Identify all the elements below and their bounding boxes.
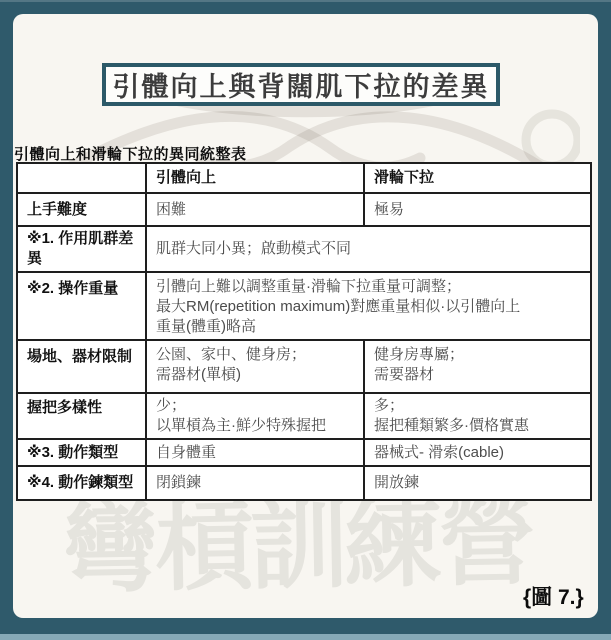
- cell-line: 健身房專屬；: [374, 345, 584, 365]
- infographic-page: { "page": { "title": "引體向上與背闊肌下拉的差異", "t…: [0, 0, 611, 640]
- cell-line: 少；: [156, 396, 357, 416]
- cell-span-value: 肌群大同小異；啟動模式不同: [146, 226, 591, 272]
- cell-pullup: 自身體重: [146, 439, 364, 466]
- header-pullup: 引體向上: [146, 163, 364, 193]
- row-label: 場地、器材限制: [17, 340, 146, 393]
- row-label: ※1. 作用肌群差異: [17, 226, 146, 272]
- cell-pulldown: 器械式- 滑索(cable): [364, 439, 591, 466]
- table-row: ※3. 動作類型 自身體重 器械式- 滑索(cable): [17, 439, 591, 466]
- title-box: 引體向上與背闊肌下拉的差異: [102, 63, 500, 106]
- table-header-row: 引體向上 滑輪下拉: [17, 163, 591, 193]
- table-row: ※1. 作用肌群差異 肌群大同小異；啟動模式不同: [17, 226, 591, 272]
- cell-pullup: 少； 以單槓為主·鮮少特殊握把: [146, 393, 364, 439]
- cell-pulldown: 開放鍊: [364, 466, 591, 500]
- cell-line: 需器材(單槓): [156, 365, 357, 385]
- cell-line: 引體向上難以調整重量·滑輪下拉重量可調整；: [156, 277, 584, 297]
- cell-pulldown: 健身房專屬； 需要器材: [364, 340, 591, 393]
- cell-line: 握把種類繁多·價格實惠: [374, 416, 584, 436]
- page-title: 引體向上與背闊肌下拉的差異: [113, 65, 490, 104]
- comparison-table: 引體向上 滑輪下拉 上手難度 困難 極易 ※1. 作用肌群差異 肌群大同小異；啟…: [16, 162, 592, 501]
- row-label: 握把多樣性: [17, 393, 146, 439]
- row-label: ※4. 動作鍊類型: [17, 466, 146, 500]
- table-row: 上手難度 困難 極易: [17, 193, 591, 226]
- table-row: 場地、器材限制 公園、家中、健身房； 需器材(單槓) 健身房專屬； 需要器材: [17, 340, 591, 393]
- table-row: 握把多樣性 少； 以單槓為主·鮮少特殊握把 多； 握把種類繁多·價格實惠: [17, 393, 591, 439]
- cell-pullup: 公園、家中、健身房； 需器材(單槓): [146, 340, 364, 393]
- row-label: ※2. 操作重量: [17, 272, 146, 340]
- table-row: ※4. 動作鍊類型 閉鎖鍊 開放鍊: [17, 466, 591, 500]
- cell-line: 以單槓為主·鮮少特殊握把: [156, 416, 357, 436]
- cell-line: 公園、家中、健身房；: [156, 345, 357, 365]
- watermark-text: 彎槓訓練營: [61, 488, 543, 606]
- cell-span-value: 引體向上難以調整重量·滑輪下拉重量可調整； 最大RM(repetition ma…: [146, 272, 591, 340]
- cell-pullup: 閉鎖鍊: [146, 466, 364, 500]
- header-pulldown: 滑輪下拉: [364, 163, 591, 193]
- frame-bottom-edge: [0, 634, 611, 640]
- cell-pullup: 困難: [146, 193, 364, 226]
- cell-pulldown: 多； 握把種類繁多·價格實惠: [364, 393, 591, 439]
- row-label: 上手難度: [17, 193, 146, 226]
- cell-pulldown: 極易: [364, 193, 591, 226]
- cell-line: 重量(體重)略高: [156, 317, 584, 337]
- frame-top-highlight: [0, 0, 611, 2]
- table-row: ※2. 操作重量 引體向上難以調整重量·滑輪下拉重量可調整； 最大RM(repe…: [17, 272, 591, 340]
- row-label: ※3. 動作類型: [17, 439, 146, 466]
- cell-line: 多；: [374, 396, 584, 416]
- figure-label: {圖 7.}: [523, 581, 584, 611]
- header-empty: [17, 163, 146, 193]
- cell-line: 需要器材: [374, 365, 584, 385]
- cell-line: 最大RM(repetition maximum)對應重量相似·以引體向上: [156, 297, 584, 317]
- table-caption: 引體向上和滑輪下拉的異同統整表: [14, 143, 247, 164]
